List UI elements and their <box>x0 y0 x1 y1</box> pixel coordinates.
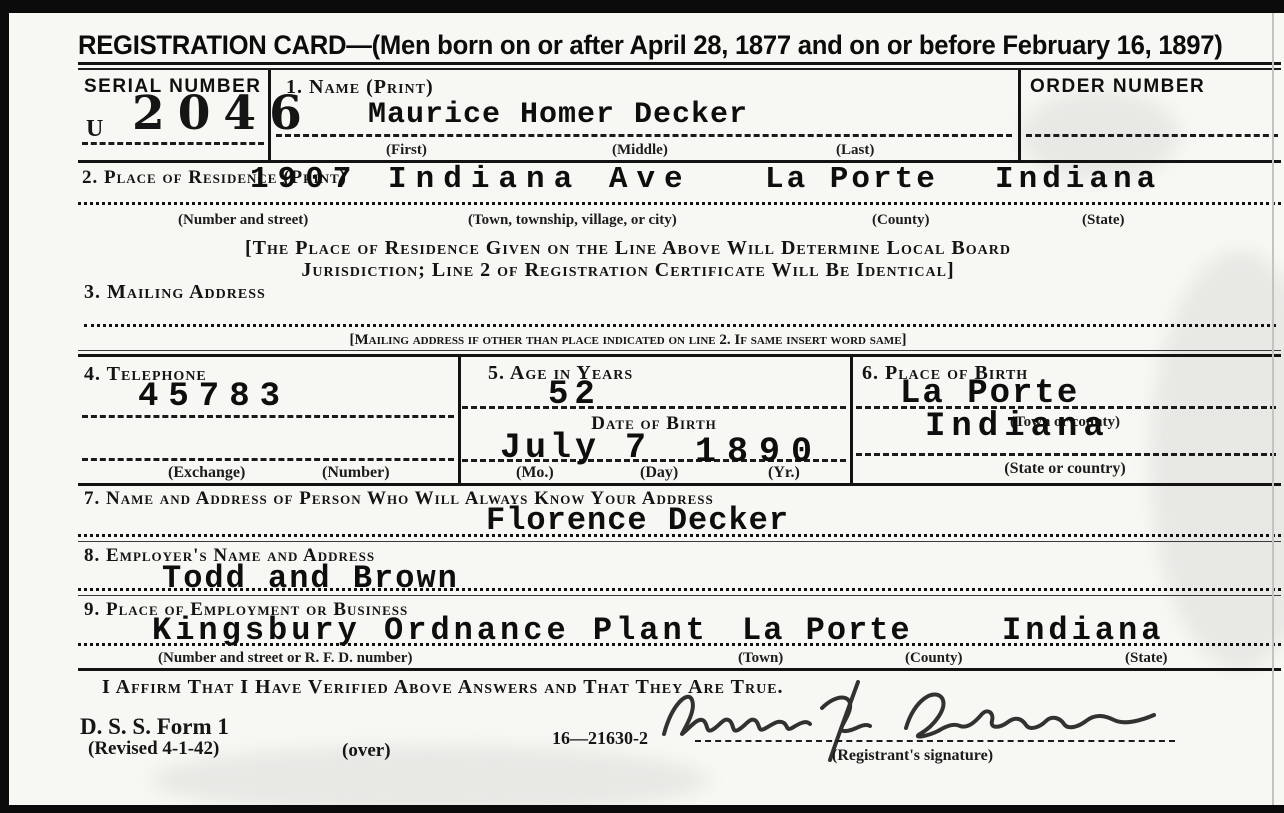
print-code: 16—21630-2 <box>552 728 648 749</box>
divider-line <box>78 541 1281 542</box>
employment-sub-town: (Town) <box>738 650 783 667</box>
order-entry-line <box>1026 134 1278 137</box>
dob-monthday-value: July 7 <box>500 428 650 468</box>
telephone-entry-line2 <box>82 458 454 461</box>
cell-divider <box>268 70 271 160</box>
mailing-entry-line <box>84 324 1276 327</box>
divider-line <box>78 354 1281 357</box>
name-entry-line <box>276 134 1012 137</box>
birth-entry-line2 <box>856 453 1276 456</box>
over-note: (over) <box>342 740 391 762</box>
cell-divider <box>458 357 461 483</box>
residence-entry-line <box>78 202 1281 205</box>
age-entry-line <box>462 406 846 409</box>
name-value: Maurice Homer Decker <box>368 98 748 132</box>
dob-year-value: 1890 <box>695 432 823 472</box>
telephone-sub-exchange: (Exchange) <box>168 464 245 482</box>
employer-value: Todd and Brown <box>162 560 459 597</box>
mailing-hint: [Mailing address if other than place ind… <box>78 332 1178 349</box>
form-revision: (Revised 4-1-42) <box>88 738 219 760</box>
scan-border-left <box>0 0 9 813</box>
residence-sub-street: (Number and street) <box>178 212 308 229</box>
divider-line <box>78 62 1281 65</box>
birth-state-value: Indiana <box>925 408 1110 446</box>
jurisdiction-notice-line1: [The Place of Residence Given on the Lin… <box>78 237 1178 260</box>
form-number: D. S. S. Form 1 <box>80 714 229 740</box>
employment-sub-state: (State) <box>1125 650 1167 667</box>
divider-line <box>78 68 1281 70</box>
residence-county-value: La Porte <box>765 162 938 197</box>
employment-state-value: Indiana <box>1002 612 1164 649</box>
name-sub-middle: (Middle) <box>612 142 668 159</box>
divider-line <box>78 350 1281 351</box>
mailing-address-label: 3. Mailing Address <box>84 281 266 304</box>
residence-street-value: 1907 Indiana Ave <box>250 162 692 197</box>
order-number-label: ORDER NUMBER <box>1030 76 1205 98</box>
serial-entry-line <box>82 142 264 145</box>
employment-town-value: La Porte <box>742 612 912 649</box>
residence-sub-town: (Town, township, village, or city) <box>468 212 677 229</box>
telephone-sub-number: (Number) <box>322 464 390 482</box>
employment-street-value: Kingsbury Ordnance Plant <box>152 612 709 649</box>
birth-sub-state: (State or country) <box>850 460 1280 478</box>
name-sub-first: (First) <box>386 142 427 159</box>
divider-line <box>78 668 1281 671</box>
telephone-value: 45783 <box>138 378 290 416</box>
scan-artifact <box>150 745 710 813</box>
registration-card-scan: REGISTRATION CARD—(Men born on or after … <box>0 0 1284 813</box>
residence-sub-state: (State) <box>1082 212 1124 229</box>
scan-border-bottom <box>0 805 1284 813</box>
registrant-signature <box>648 676 1168 772</box>
residence-sub-county: (County) <box>872 212 930 229</box>
residence-state-value: Indiana <box>995 162 1160 197</box>
name-sub-last: (Last) <box>836 142 874 159</box>
employment-sub-street: (Number and street or R. F. D. number) <box>158 650 412 667</box>
scan-edge-right <box>1272 13 1274 805</box>
cell-divider <box>850 357 853 483</box>
name-field-label: 1. Name (Print) <box>286 76 434 99</box>
age-value: 52 <box>548 376 601 414</box>
page-title: REGISTRATION CARD—(Men born on or after … <box>78 30 1222 61</box>
contact-value: Florence Decker <box>486 502 789 539</box>
divider-line <box>78 483 1281 486</box>
jurisdiction-notice-line2: Jurisdiction; Line 2 of Registration Cer… <box>78 259 1178 282</box>
scan-border-top <box>0 0 1284 13</box>
employment-sub-county: (County) <box>905 650 963 667</box>
serial-number-prefix: U <box>86 116 103 143</box>
cell-divider <box>1018 70 1021 160</box>
